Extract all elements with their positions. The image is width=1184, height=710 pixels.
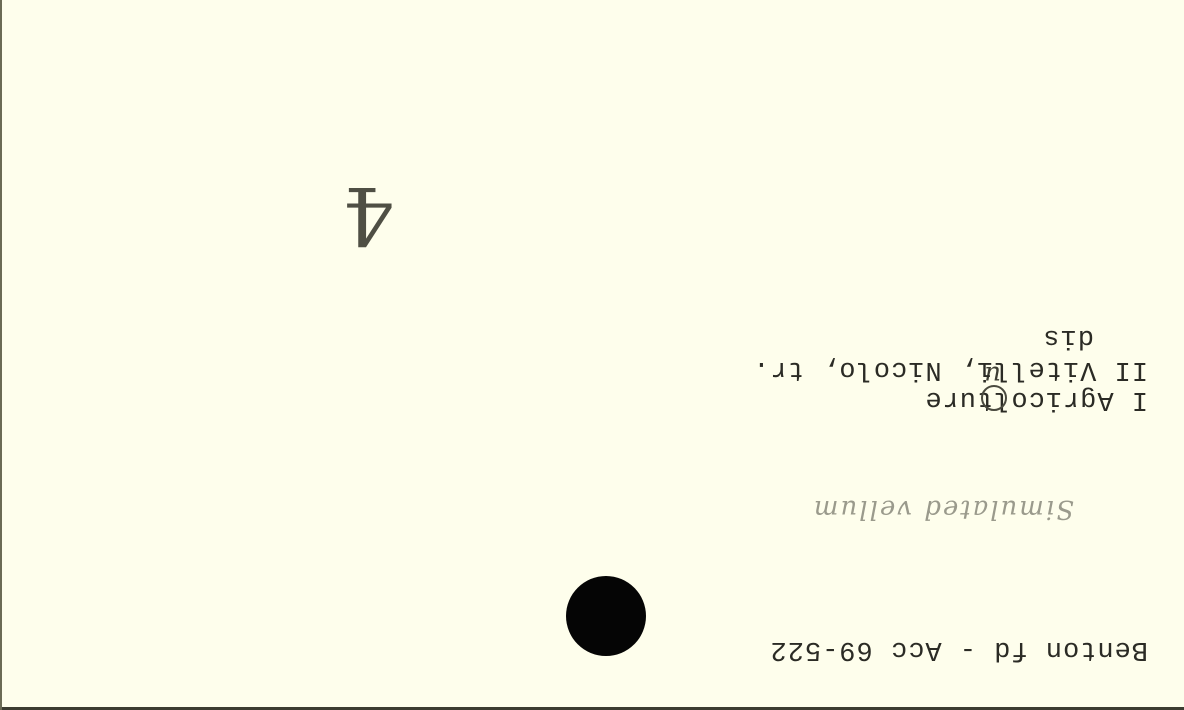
handwritten-number: 4 <box>343 169 394 262</box>
handwritten-note: Simulated vellum <box>812 494 1074 524</box>
catalog-card: Benton fd - Acc 69-522 I Agricolture u I… <box>0 0 1184 710</box>
subject-line-3: dis <box>1042 322 1094 352</box>
accession-line: Benton fd - Acc 69-522 <box>770 634 1148 664</box>
subject-line-2: II Vitelli, Nicolo, tr. <box>752 354 1148 384</box>
subject-line-1: I Agricolture <box>924 384 1148 414</box>
punch-hole <box>566 576 646 656</box>
